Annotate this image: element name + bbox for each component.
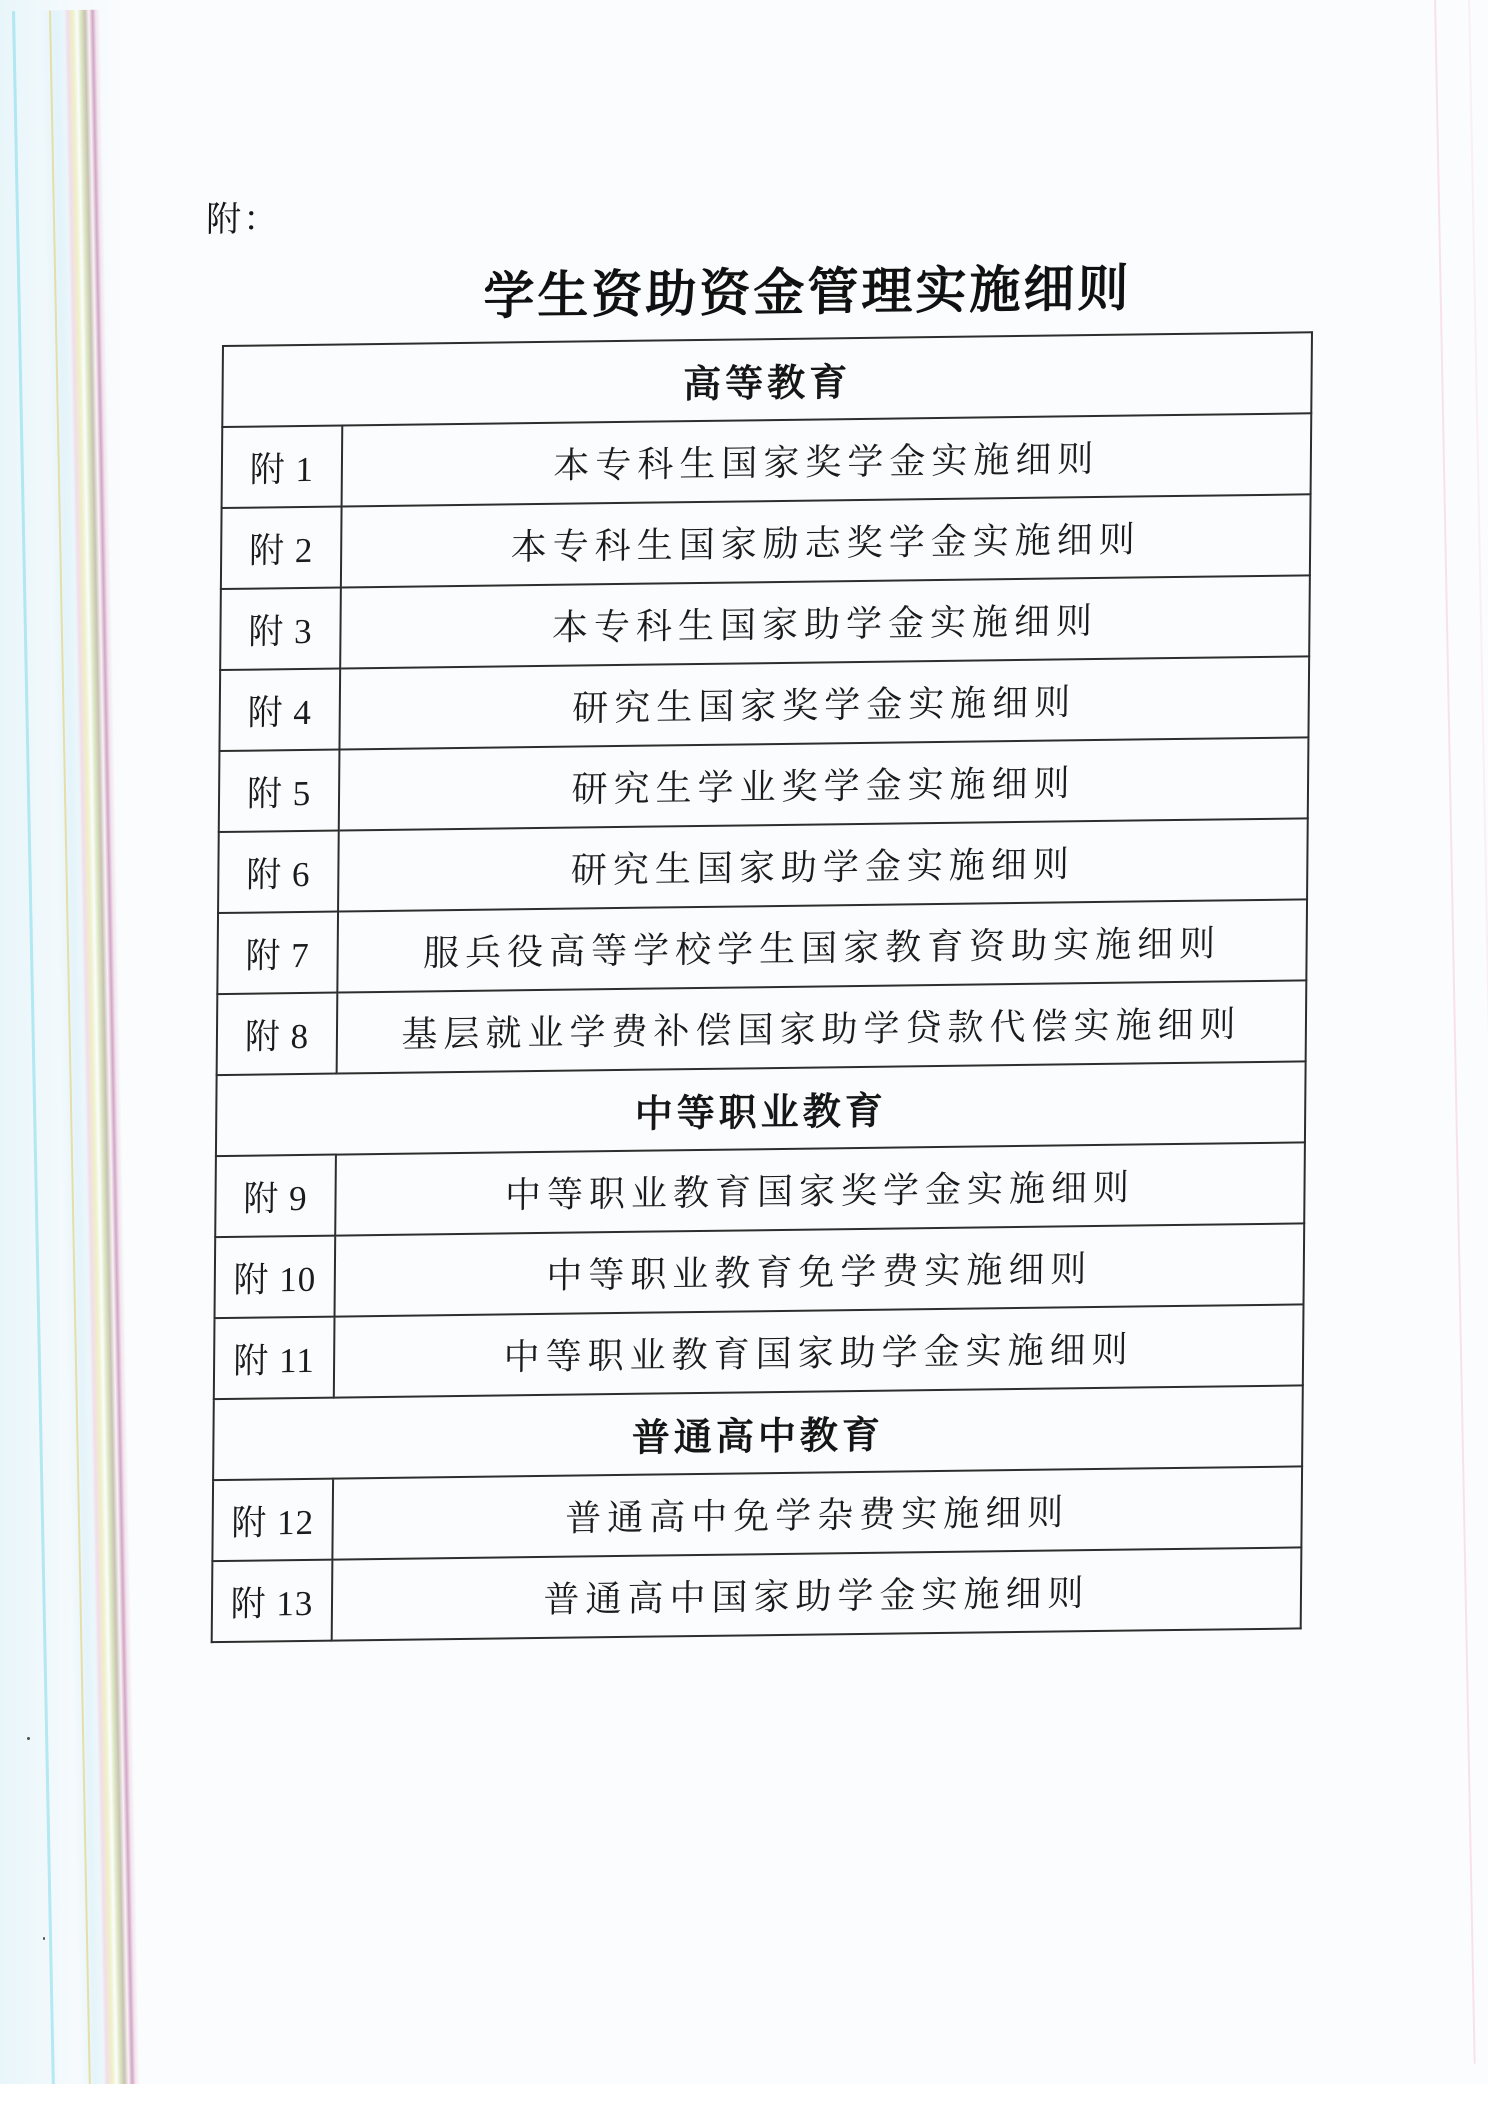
attachment-table: 高等教育 附 1 本专科生国家奖学金实施细则 附 2 本专科生国家励志奖学金实施… bbox=[211, 331, 1313, 1643]
table-row: 附 4 研究生国家奖学金实施细则 bbox=[219, 656, 1309, 751]
row-title: 研究生学业奖学金实施细则 bbox=[339, 737, 1309, 830]
dust-speck bbox=[27, 1737, 30, 1740]
table-row: 附 13 普通高中国家助学金实施细则 bbox=[212, 1547, 1302, 1642]
row-title: 本专科生国家奖学金实施细则 bbox=[342, 413, 1312, 506]
document-content: 附： 学生资助资金管理实施细则 高等教育 附 1 本专科生国家奖学金实施细则 附… bbox=[0, 0, 1488, 2106]
section-header-row: 高等教育 bbox=[222, 332, 1312, 427]
paper-bottom-edge bbox=[0, 2084, 1488, 2106]
row-title: 普通高中国家助学金实施细则 bbox=[332, 1547, 1302, 1640]
section-header-secondary-vocational: 中等职业教育 bbox=[216, 1061, 1306, 1156]
row-no: 附 10 bbox=[215, 1236, 336, 1319]
row-no: 附 11 bbox=[214, 1317, 335, 1400]
document-title: 学生资助资金管理实施细则 bbox=[483, 247, 1132, 329]
section-header-row: 普通高中教育 bbox=[213, 1385, 1303, 1480]
row-title: 中等职业教育免学费实施细则 bbox=[335, 1223, 1305, 1316]
table-row: 附 5 研究生学业奖学金实施细则 bbox=[219, 737, 1309, 832]
section-header-regular-high-school: 普通高中教育 bbox=[213, 1385, 1303, 1480]
row-no: 附 5 bbox=[219, 750, 340, 833]
table-row: 附 10 中等职业教育免学费实施细则 bbox=[215, 1223, 1305, 1318]
row-title: 服兵役高等学校学生国家教育资助实施细则 bbox=[337, 899, 1307, 992]
table-row: 附 8 基层就业学费补偿国家助学贷款代偿实施细则 bbox=[217, 980, 1307, 1075]
row-title: 普通高中免学杂费实施细则 bbox=[332, 1466, 1302, 1559]
row-no: 附 2 bbox=[221, 506, 342, 589]
row-no: 附 6 bbox=[218, 831, 339, 914]
table-row: 附 11 中等职业教育国家助学金实施细则 bbox=[214, 1304, 1304, 1399]
table-row: 附 1 本专科生国家奖学金实施细则 bbox=[222, 413, 1312, 508]
row-no: 附 4 bbox=[219, 669, 340, 752]
table-row: 附 3 本专科生国家助学金实施细则 bbox=[220, 575, 1310, 670]
table-row: 附 2 本专科生国家励志奖学金实施细则 bbox=[221, 494, 1311, 589]
row-no: 附 9 bbox=[215, 1155, 336, 1238]
row-no: 附 1 bbox=[222, 425, 343, 508]
row-title: 研究生国家助学金实施细则 bbox=[338, 818, 1308, 911]
row-title: 基层就业学费补偿国家助学贷款代偿实施细则 bbox=[337, 980, 1307, 1073]
scanned-document-page: 附： 学生资助资金管理实施细则 高等教育 附 1 本专科生国家奖学金实施细则 附… bbox=[0, 0, 1488, 2106]
section-header-row: 中等职业教育 bbox=[216, 1061, 1306, 1156]
table-row: 附 12 普通高中免学杂费实施细则 bbox=[212, 1466, 1302, 1561]
section-header-higher-education: 高等教育 bbox=[222, 332, 1312, 427]
row-title: 本专科生国家励志奖学金实施细则 bbox=[341, 494, 1311, 587]
row-no: 附 8 bbox=[217, 993, 338, 1076]
row-title: 研究生国家奖学金实施细则 bbox=[339, 656, 1309, 749]
row-title: 中等职业教育国家助学金实施细则 bbox=[334, 1304, 1304, 1397]
row-title: 中等职业教育国家奖学金实施细则 bbox=[335, 1142, 1305, 1235]
table-row: 附 7 服兵役高等学校学生国家教育资助实施细则 bbox=[217, 899, 1307, 994]
table-row: 附 6 研究生国家助学金实施细则 bbox=[218, 818, 1308, 913]
attachment-label: 附： bbox=[206, 191, 280, 242]
dust-speck bbox=[43, 1937, 45, 1940]
table-row: 附 9 中等职业教育国家奖学金实施细则 bbox=[215, 1142, 1305, 1237]
row-title: 本专科生国家助学金实施细则 bbox=[340, 575, 1310, 668]
row-no: 附 3 bbox=[220, 588, 341, 671]
row-no: 附 12 bbox=[212, 1479, 333, 1562]
row-no: 附 13 bbox=[212, 1560, 333, 1643]
row-no: 附 7 bbox=[217, 912, 338, 995]
